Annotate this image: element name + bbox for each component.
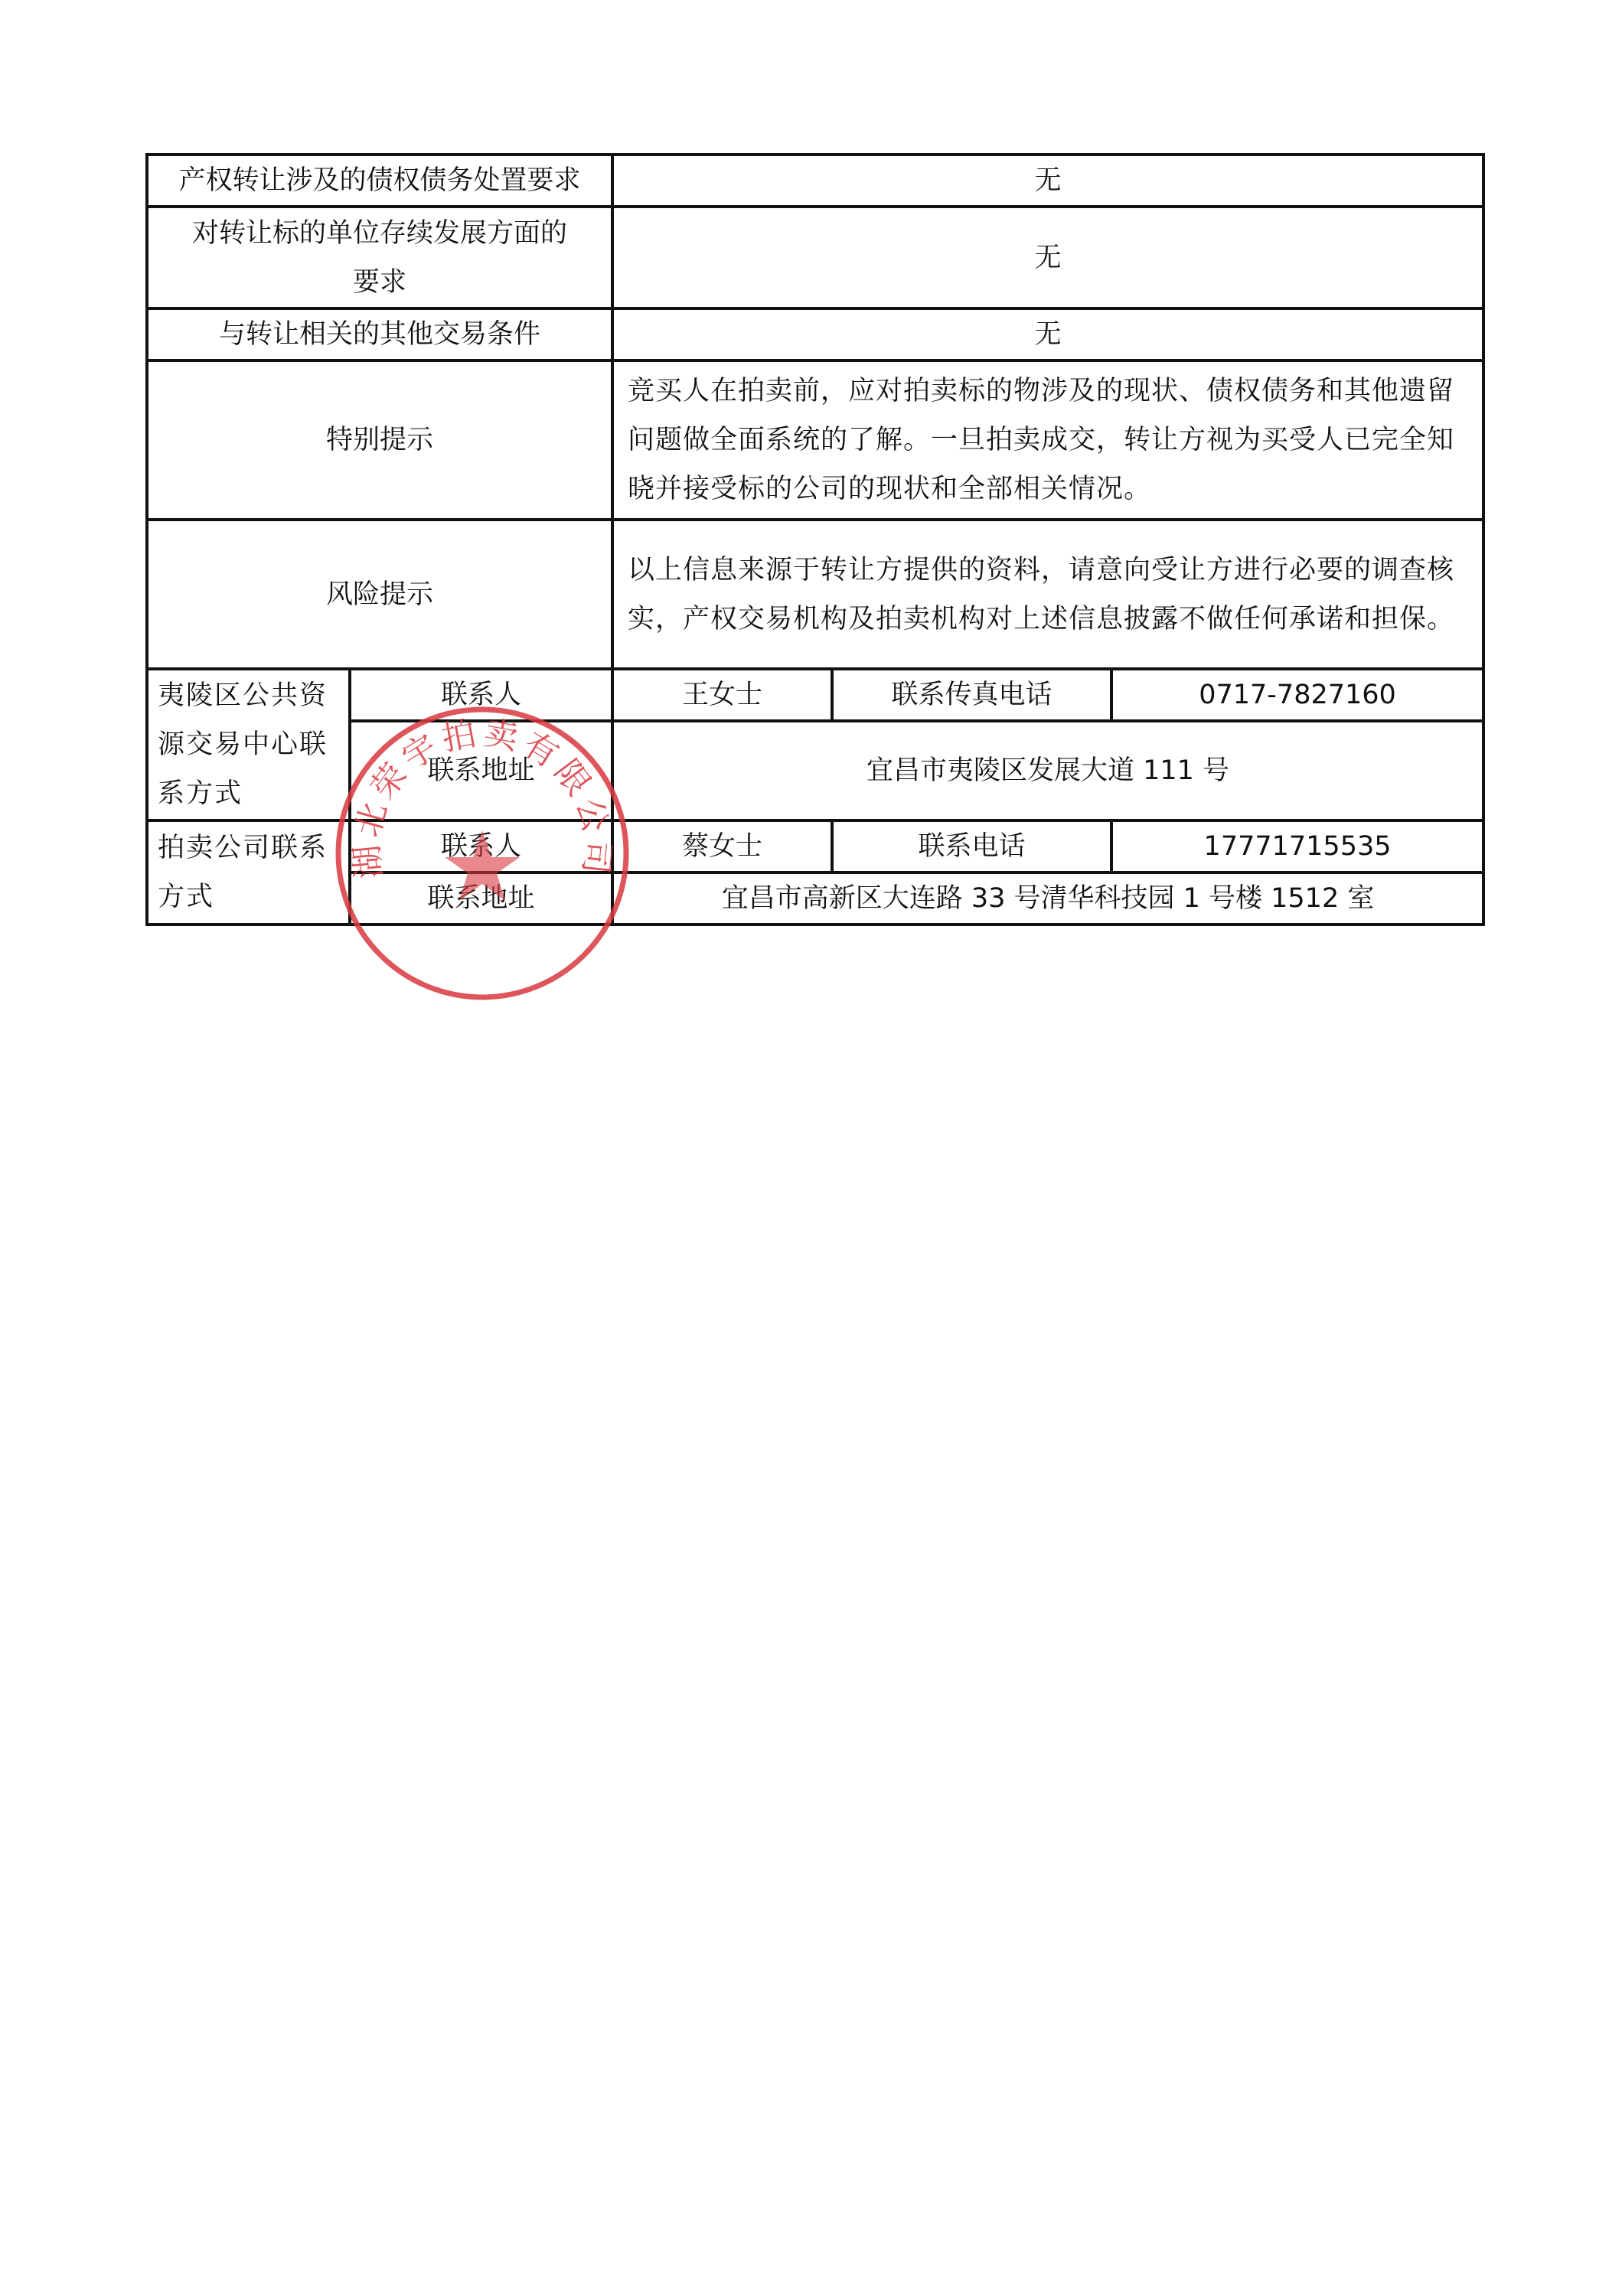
contact-phone-value: 0717-7827160 (1111, 669, 1483, 721)
table-row: 对转让标的单位存续发展方面的要求 无 (147, 207, 1483, 308)
table-row: 产权转让涉及的债权债务处置要求 无 (147, 155, 1483, 207)
contact-person-name: 王女士 (612, 669, 832, 721)
contact-person-label: 联系人 (350, 820, 612, 872)
row-value: 无 (612, 207, 1483, 308)
contact-row: 夷陵区公共资源交易中心联系方式 联系人 王女士 联系传真电话 0717-7827… (147, 669, 1483, 721)
contact-org-label: 拍卖公司联系方式 (147, 820, 350, 925)
document-page: 产权转让涉及的债权债务处置要求 无 对转让标的单位存续发展方面的要求 无 与转让… (0, 0, 1622, 2296)
contact-org-label: 夷陵区公共资源交易中心联系方式 (147, 669, 350, 820)
contact-address-value: 宜昌市高新区大连路 33 号清华科技园 1 号楼 1512 室 (612, 872, 1483, 925)
row-value: 无 (612, 155, 1483, 207)
contact-phone-label: 联系电话 (832, 820, 1111, 872)
contact-phone-label: 联系传真电话 (832, 669, 1111, 721)
contact-address-value: 宜昌市夷陵区发展大道 111 号 (612, 721, 1483, 820)
table-row: 特别提示 竞买人在拍卖前，应对拍卖标的物涉及的现状、债权债务和其他遗留问题做全面… (147, 360, 1483, 520)
row-label: 与转让相关的其他交易条件 (147, 308, 612, 360)
contact-person-name: 蔡女士 (612, 820, 832, 872)
contact-phone-value: 17771715535 (1111, 820, 1483, 872)
row-label: 风险提示 (147, 520, 612, 669)
table-row: 风险提示 以上信息来源于转让方提供的资料，请意向受让方进行必要的调查核实，产权交… (147, 520, 1483, 669)
row-value: 无 (612, 308, 1483, 360)
contact-address-label: 联系地址 (350, 721, 612, 820)
contact-row: 拍卖公司联系方式 联系人 蔡女士 联系电话 17771715535 (147, 820, 1483, 872)
contact-person-label: 联系人 (350, 669, 612, 721)
row-label: 产权转让涉及的债权债务处置要求 (147, 155, 612, 207)
contact-address-label: 联系地址 (350, 872, 612, 925)
table-row: 与转让相关的其他交易条件 无 (147, 308, 1483, 360)
row-label: 对转让标的单位存续发展方面的要求 (147, 207, 612, 308)
transfer-info-table: 产权转让涉及的债权债务处置要求 无 对转让标的单位存续发展方面的要求 无 与转让… (145, 153, 1485, 926)
risk-notice-text: 以上信息来源于转让方提供的资料，请意向受让方进行必要的调查核实，产权交易机构及拍… (612, 520, 1483, 669)
special-notice-text: 竞买人在拍卖前，应对拍卖标的物涉及的现状、债权债务和其他遗留问题做全面系统的了解… (612, 360, 1483, 520)
row-label: 特别提示 (147, 360, 612, 520)
